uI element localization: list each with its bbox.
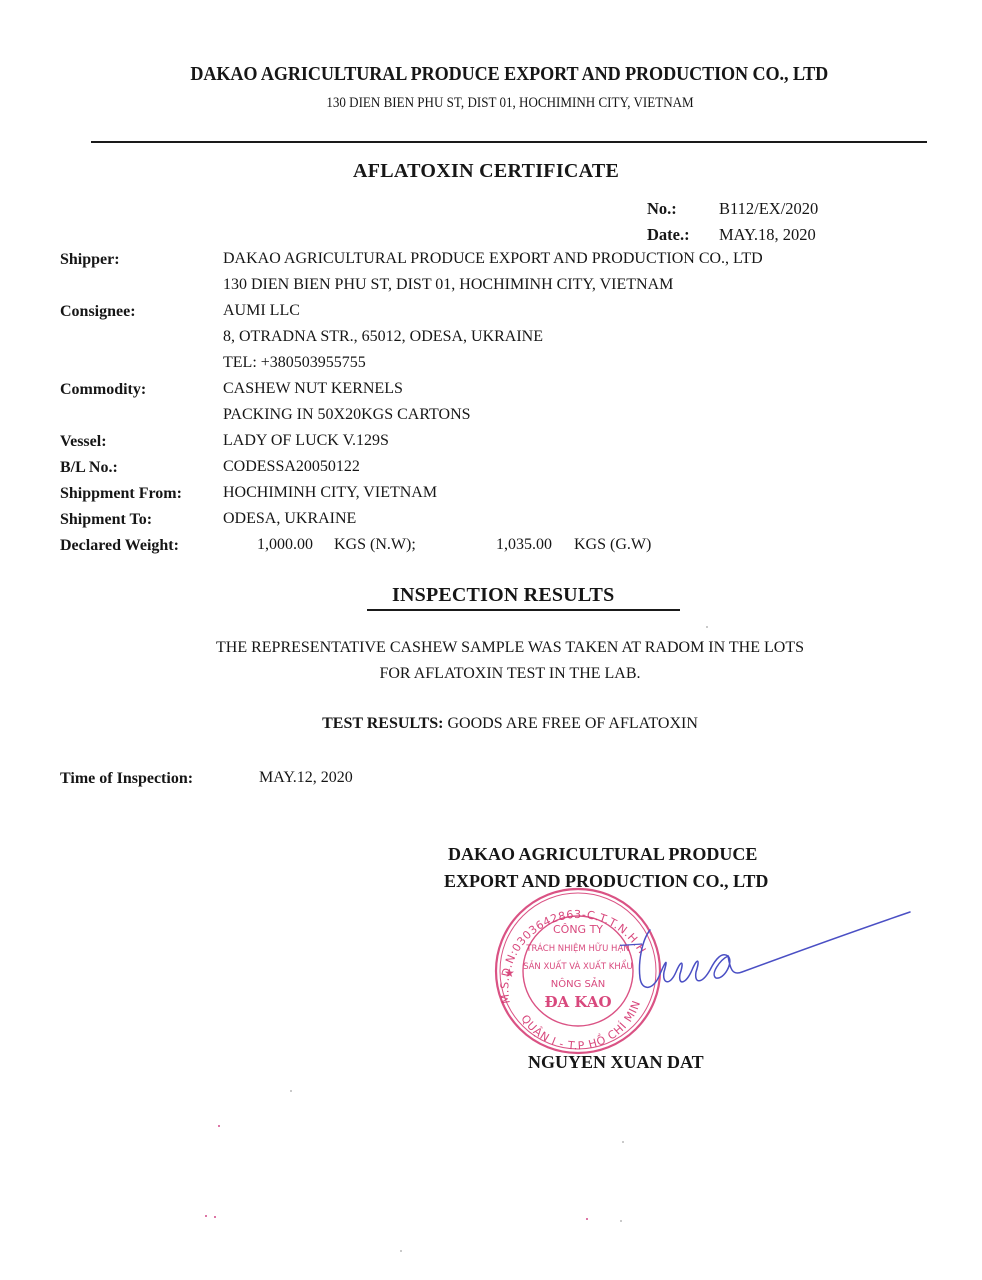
- time-of-inspection-label: Time of Inspection:: [60, 770, 193, 788]
- stamp-line-4: NÔNG SẢN: [551, 976, 605, 990]
- vessel-value: LADY OF LUCK V.129S: [223, 432, 389, 450]
- letterhead-address: 130 DIEN BIEN PHU ST, DIST 01, HOCHIMINH…: [51, 95, 969, 112]
- letterhead-divider: [91, 141, 927, 143]
- shipment-from-label: Shippment From:: [60, 485, 182, 503]
- gross-weight-value: 1,035.00: [496, 536, 552, 554]
- signature-company-line-1: DAKAO AGRICULTURAL PRODUCE: [448, 844, 757, 865]
- time-of-inspection-value: MAY.12, 2020: [259, 769, 353, 787]
- test-results-value: GOODS ARE FREE OF AFLATOXIN: [444, 715, 698, 732]
- consignee-label: Consignee:: [60, 303, 136, 321]
- stamp-line-3: SẢN XUẤT VÀ XUẤT KHẨU: [523, 959, 633, 972]
- net-weight-value: 1,000.00: [257, 536, 313, 554]
- bl-no-label: B/L No.:: [60, 459, 118, 477]
- stamp-line-2: TRÁCH NHIỆM HỮU HẠN: [525, 942, 629, 954]
- gross-weight-unit: KGS (G.W): [574, 536, 651, 554]
- commodity-packing: PACKING IN 50X20KGS CARTONS: [223, 406, 471, 424]
- consignee-name: AUMI LLC: [223, 302, 300, 320]
- test-results: TEST RESULTS: GOODS ARE FREE OF AFLATOXI…: [0, 715, 982, 733]
- net-weight-unit: KGS (N.W);: [334, 536, 416, 554]
- signature-icon: [620, 900, 920, 1010]
- commodity-name: CASHEW NUT KERNELS: [223, 380, 403, 398]
- signer-name: NGUYEN XUAN DAT: [528, 1052, 704, 1073]
- declared-weight-label: Declared Weight:: [60, 537, 179, 555]
- scan-speck: [622, 1141, 624, 1143]
- scan-speck: [290, 1090, 292, 1092]
- commodity-label: Commodity:: [60, 381, 146, 399]
- bl-no-value: CODESSA20050122: [223, 458, 360, 476]
- inspection-paragraph-line-2: FOR AFLATOXIN TEST IN THE LAB.: [0, 665, 982, 683]
- shipment-from-value: HOCHIMINH CITY, VIETNAM: [223, 484, 437, 502]
- scan-speck: [706, 626, 708, 628]
- scan-speck: [620, 1220, 622, 1222]
- shipment-to-value: ODESA, UKRAINE: [223, 510, 356, 528]
- scan-speck: [586, 1218, 588, 1220]
- certificate-title: AFLATOXIN CERTIFICATE: [353, 160, 619, 183]
- scan-speck: [218, 1125, 220, 1127]
- certificate-number-label: No.:: [647, 199, 677, 219]
- scan-speck: [400, 1250, 402, 1252]
- shipper-label: Shipper:: [60, 251, 120, 269]
- certificate-date: MAY.18, 2020: [719, 225, 816, 245]
- svg-text:★: ★: [504, 966, 515, 980]
- certificate-date-label: Date.:: [647, 225, 690, 245]
- shipper-name: DAKAO AGRICULTURAL PRODUCE EXPORT AND PR…: [223, 250, 763, 268]
- inspection-heading-underline: [367, 609, 680, 611]
- certificate-number: B112/EX/2020: [719, 199, 818, 219]
- scan-speck: [205, 1215, 207, 1217]
- stamp-line-5: ĐA KAO: [544, 993, 611, 1011]
- consignee-phone: TEL: +380503955755: [223, 354, 366, 372]
- shipper-address: 130 DIEN BIEN PHU ST, DIST 01, HOCHIMINH…: [223, 276, 673, 294]
- consignee-address: 8, OTRADNA STR., 65012, ODESA, UKRAINE: [223, 328, 543, 346]
- shipment-to-label: Shipment To:: [60, 511, 152, 529]
- stamp-line-1: CÔNG TY: [553, 923, 603, 936]
- inspection-results-heading: INSPECTION RESULTS: [392, 584, 614, 607]
- inspection-paragraph-line-1: THE REPRESENTATIVE CASHEW SAMPLE WAS TAK…: [0, 639, 982, 657]
- vessel-label: Vessel:: [60, 433, 107, 451]
- test-results-label: TEST RESULTS:: [322, 715, 443, 732]
- scan-speck: [214, 1216, 216, 1218]
- letterhead-company-name: DAKAO AGRICULTURAL PRODUCE EXPORT AND PR…: [35, 64, 982, 86]
